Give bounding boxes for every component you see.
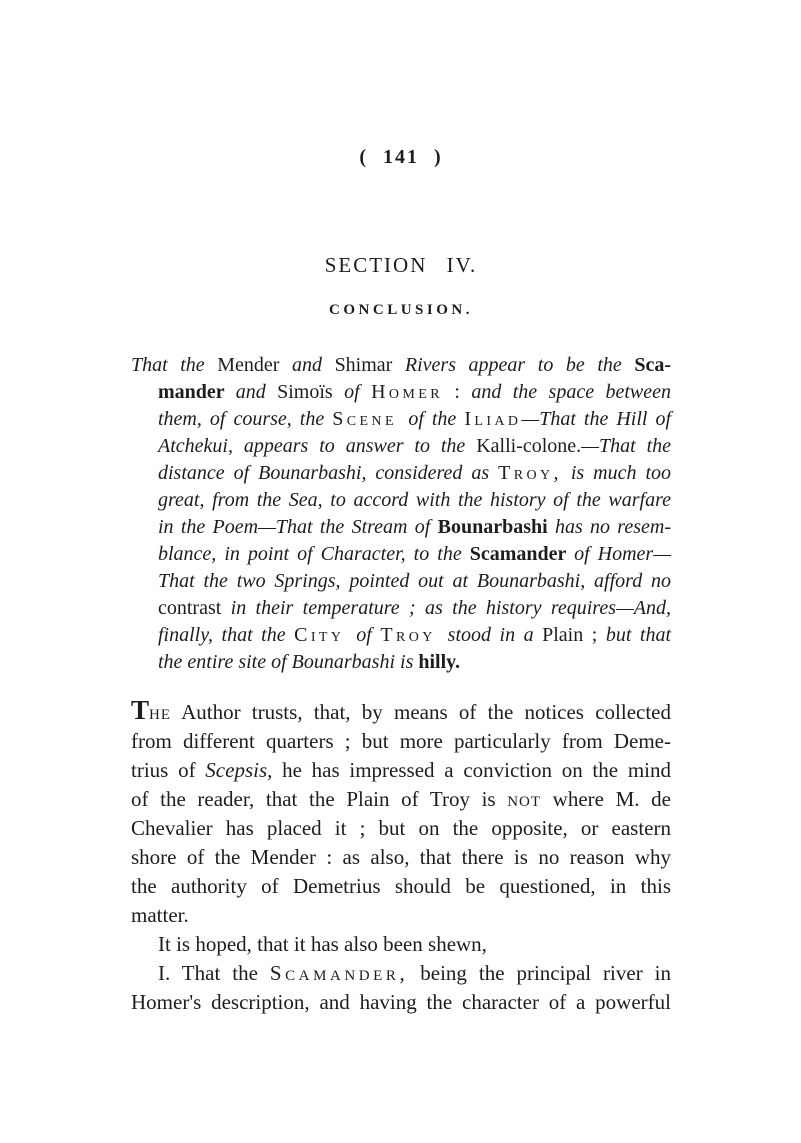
text-line: blance, in point of Character, to the Sc… (131, 541, 671, 568)
text-line: great, from the Sea, to accord with the … (131, 487, 671, 514)
text-line: Chevalier has placed it ; but on the opp… (131, 814, 671, 843)
text-line: from different quarters ; but more parti… (131, 727, 671, 756)
section-title: SECTION IV. (131, 254, 671, 277)
text-line: the entire site of Bounarbashi is hilly. (131, 649, 671, 676)
body-paragraph-2: It is hoped, that it has also been shewn… (131, 930, 671, 959)
text-line: in the Poem—That the Stream of Bounarbas… (131, 514, 671, 541)
text-line: That the Mender and Shimar Rivers appear… (131, 352, 671, 379)
text-column: ( 141 ) SECTION IV. CONCLUSION. That the… (131, 0, 671, 1017)
text-line: the authority of Demetrius should be que… (131, 872, 671, 901)
book-page: ( 141 ) SECTION IV. CONCLUSION. That the… (0, 0, 801, 1143)
summary-paragraph: That the Mender and Shimar Rivers appear… (131, 352, 671, 676)
text-line: Atchekui, appears to answer to the Kalli… (131, 433, 671, 460)
text-line: matter. (131, 901, 671, 930)
text-line: mander and Simoïs of Homer : and the spa… (131, 379, 671, 406)
text-line: That the two Springs, pointed out at Bou… (131, 568, 671, 595)
text-line: contrast in their temperature ; as the h… (131, 595, 671, 622)
text-line: finally, that the City of Troy stood in … (131, 622, 671, 649)
text-line: them, of course, the Scene of the Iliad—… (131, 406, 671, 433)
text-line: distance of Bounarbashi, considered as T… (131, 460, 671, 487)
section-subtitle: CONCLUSION. (131, 302, 671, 318)
body-paragraph-3: I. That the Scamander, being the princip… (131, 959, 671, 1017)
text-line: trius of Scepsis, he has impressed a con… (131, 756, 671, 785)
page-number: ( 141 ) (131, 147, 671, 167)
text-line: The Author trusts, that, by means of the… (131, 698, 671, 727)
text-line: Homer's description, and having the char… (131, 988, 671, 1017)
text-line: I. That the Scamander, being the princip… (131, 959, 671, 988)
text-line: of the reader, that the Plain of Troy is… (131, 785, 671, 814)
text-line: It is hoped, that it has also been shewn… (131, 930, 671, 959)
text-line: shore of the Mender : as also, that ther… (131, 843, 671, 872)
body-paragraph-1: The Author trusts, that, by means of the… (131, 698, 671, 930)
